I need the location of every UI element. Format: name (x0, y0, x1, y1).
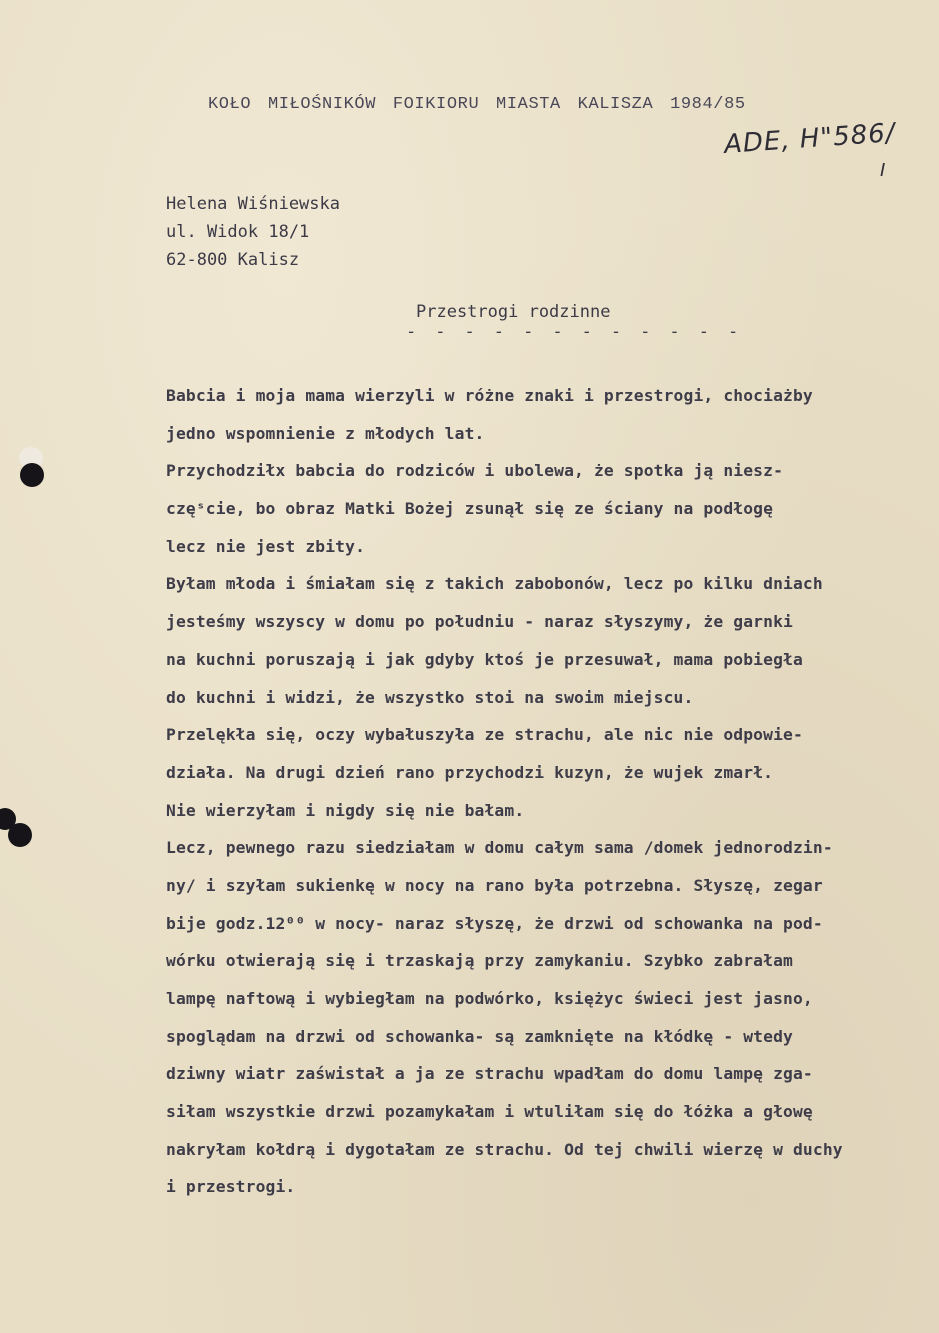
body-line: spoglądam na drzwi od schowanka- są zamk… (166, 1018, 939, 1056)
body-line: lampę naftową i wybiegłam na podwórko, k… (166, 980, 939, 1018)
body-line: częˢcie, bo obraz Matki Bożej zsunął się… (166, 490, 939, 528)
body-line: i przestrogi. (166, 1168, 939, 1206)
body-line: lecz nie jest zbity. (166, 528, 939, 566)
archive-mark-sub: I (880, 160, 885, 181)
title-underline: - - - - - - - - - - - - (406, 322, 743, 342)
author-street: ul. Widok 18/1 (166, 218, 340, 246)
body-line: jedno wspomnienie z młodych lat. (166, 415, 939, 453)
document-header: KOŁO MIŁOŚNIKÓW FOIKIORU MIASTA KALISZA … (208, 95, 746, 114)
body-line: wórku otwierają się i trzaskają przy zam… (166, 942, 939, 980)
document-title: Przestrogi rodzinne (416, 302, 610, 322)
body-line: Przychodziłx babcia do rodziców i ubolew… (166, 452, 939, 490)
body-line: do kuchni i widzi, że wszystko stoi na s… (166, 679, 939, 717)
body-line: Nie wierzyłam i nigdy się nie bałam. (166, 792, 939, 830)
author-city: 62-800 Kalisz (166, 246, 340, 274)
body-line: Babcia i moja mama wierzyli w różne znak… (166, 377, 939, 415)
body-line: nakryłam kołdrą i dygotałam ze strachu. … (166, 1131, 939, 1169)
body-line: Przelękła się, oczy wybałuszyła ze strac… (166, 716, 939, 754)
body-line: na kuchni poruszają i jak gdyby ktoś je … (166, 641, 939, 679)
body-line: Lecz, pewnego razu siedziałam w domu cał… (166, 829, 939, 867)
body-line: dziwny wiatr zaświstał a ja ze strachu w… (166, 1055, 939, 1093)
body-line: działa. Na drugi dzień rano przychodzi k… (166, 754, 939, 792)
body-line: Byłam młoda i śmiałam się z takich zabob… (166, 565, 939, 603)
body-line: bije godz.12⁰⁰ w nocy- naraz słyszę, że … (166, 905, 939, 943)
body-line: ny/ i szyłam sukienkę w nocy na rano był… (166, 867, 939, 905)
author-address: Helena Wiśniewska ul. Widok 18/1 62-800 … (166, 190, 340, 274)
body-line: siłam wszystkie drzwi pozamykałam i wtul… (166, 1093, 939, 1131)
document-body: Babcia i moja mama wierzyli w różne znak… (166, 377, 939, 1206)
body-line: jesteśmy wszyscy w domu po południu - na… (166, 603, 939, 641)
punch-hole-icon (20, 463, 44, 487)
punch-hole-icon (8, 823, 32, 847)
author-name: Helena Wiśniewska (166, 190, 340, 218)
